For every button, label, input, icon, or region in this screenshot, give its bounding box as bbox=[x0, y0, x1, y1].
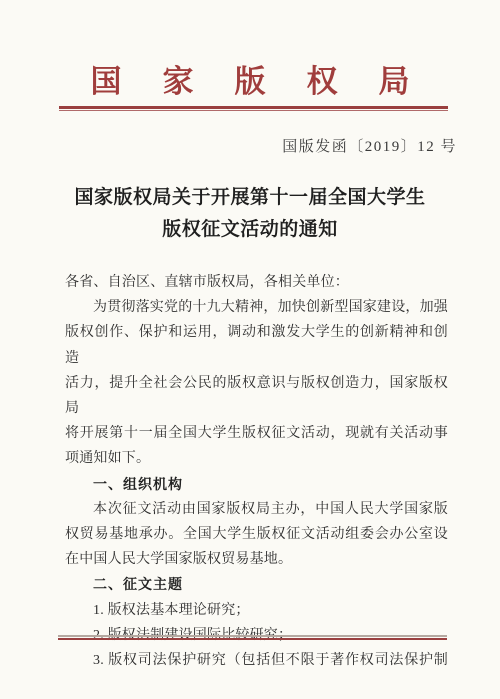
section-heading-2: 二、征文主题 bbox=[65, 572, 448, 597]
notice-title: 国家版权局关于开展第十一届全国大学生 版权征文活动的通知 bbox=[0, 182, 500, 246]
header-rule bbox=[59, 106, 448, 111]
footer-rule-thick-line bbox=[58, 638, 447, 641]
header-rule-thin-line bbox=[59, 110, 448, 111]
body-line: 为贯彻落实党的十九大精神，加快创新型国家建设，加强 bbox=[65, 295, 448, 320]
agency-letterhead: 国家版权局 bbox=[0, 56, 500, 101]
body-line: 项通知如下。 bbox=[65, 446, 448, 471]
list-item-3: 3. 版权司法保护研究（包括但不限于著作权司法保护制 bbox=[65, 648, 448, 673]
body-line: 活力，提升全社会公民的版权意识与版权创造力，国家版权局 bbox=[65, 371, 448, 421]
document-number: 国版发函〔2019〕12 号 bbox=[282, 135, 457, 156]
footer-rule bbox=[58, 635, 447, 640]
list-item-1: 1. 版权法基本理论研究； bbox=[65, 598, 448, 623]
body-line: 版权创作、保护和运用，调动和激发大学生的创新精神和创造 bbox=[65, 320, 448, 370]
body-line: 将开展第十一届全国大学生版权征文活动，现就有关活动事 bbox=[65, 421, 448, 446]
body-line: 在中国人民大学国家版权贸易基地。 bbox=[65, 547, 448, 572]
notice-title-line1: 国家版权局关于开展第十一届全国大学生 bbox=[0, 182, 500, 214]
notice-title-line2: 版权征文活动的通知 bbox=[0, 214, 500, 246]
document-page: 国家版权局 国版发函〔2019〕12 号 国家版权局关于开展第十一届全国大学生 … bbox=[0, 0, 500, 699]
salutation-line: 各省、自治区、直辖市版权局，各相关单位： bbox=[65, 270, 448, 295]
section-heading-1: 一、组织机构 bbox=[65, 472, 448, 497]
body-line: 权贸易基地承办。全国大学生版权征文活动组委会办公室设 bbox=[65, 522, 448, 547]
body-line: 本次征文活动由国家版权局主办，中国人民大学国家版 bbox=[65, 497, 448, 522]
document-body: 各省、自治区、直辖市版权局，各相关单位： 为贯彻落实党的十九大精神，加快创新型国… bbox=[65, 270, 448, 673]
